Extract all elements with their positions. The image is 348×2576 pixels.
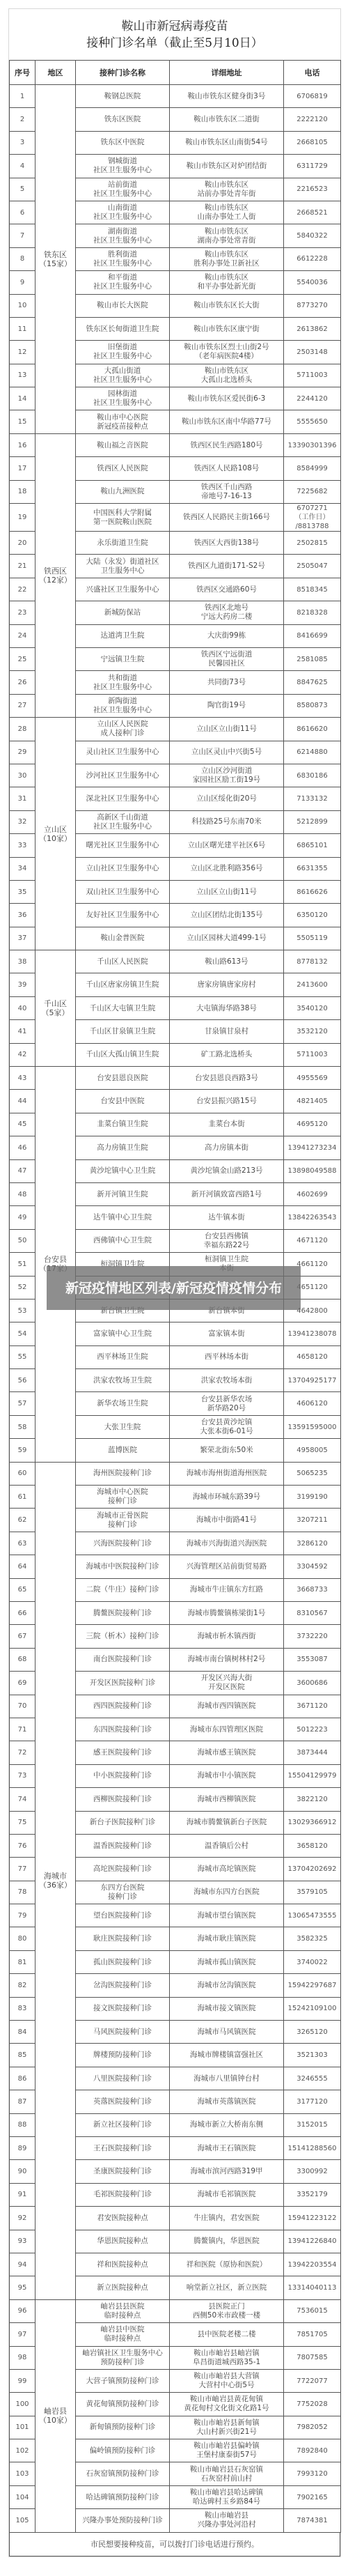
clinic-address: 立山区灵山中兴街5号: [170, 741, 284, 764]
clinic-phone: 5555650: [284, 410, 341, 433]
clinic-address: 鞍山市岫岩县新甸镇大山村新兴街21号: [170, 2416, 284, 2439]
title-line-2: 接种门诊名单（截止至5月10日）: [86, 35, 262, 52]
clinic-address: 鞍山市铁东区山南办事处工人街: [170, 201, 284, 224]
clinic-phone: 5711003: [284, 364, 341, 387]
row-number: 3: [10, 131, 35, 154]
clinic-name: 八里医院接种门诊: [76, 2067, 170, 2090]
clinic-name: 西柳医院接种门诊: [76, 1788, 170, 1811]
row-number: 36: [10, 904, 35, 927]
clinic-name: 韭菜台镇卫生院: [76, 1113, 170, 1136]
clinic-phone: 2216523: [284, 178, 341, 201]
clinic-name: 岔沟医院接种门诊: [76, 1974, 170, 1997]
clinic-name: 石灰窑镇预防接种门诊: [76, 2462, 170, 2485]
clinic-address: 西平林场本街: [170, 1345, 284, 1368]
clinic-address: 立山区立山街11号: [170, 718, 284, 741]
clinic-phone: 3732220: [284, 1625, 341, 1648]
clinic-name: 新立社区接种门诊: [76, 2113, 170, 2136]
clinic-name: 中国医科大学附属第一医院鞍山医院: [76, 504, 170, 532]
clinic-address: 海城市牌楼镇富强社区: [170, 2044, 284, 2067]
row-number: 73: [10, 1764, 35, 1787]
clinic-address: 腾鳌镇内，华恩医院: [170, 2230, 284, 2253]
clinic-phone: 13591595000: [284, 1415, 341, 1438]
clinic-name: 灵山社区卫生服务中心: [76, 741, 170, 764]
clinic-address: 韭菜台本街: [170, 1113, 284, 1136]
row-number: 61: [10, 1486, 35, 1509]
row-number: 82: [10, 1974, 35, 1997]
clinic-address: 大屯镇海华路38号: [170, 996, 284, 1019]
row-number: 48: [10, 1182, 35, 1205]
row-number: 70: [10, 1695, 35, 1718]
clinic-phone: 13029366912: [284, 1811, 341, 1834]
clinic-phone: 2502815: [284, 532, 341, 555]
region-name: 立山区: [36, 825, 74, 834]
clinic-phone: 6830186: [284, 764, 341, 787]
clinic-address: 陶官街19号: [170, 694, 284, 717]
row-number: 63: [10, 1532, 35, 1555]
clinic-name: 鞍山福之音医院: [76, 433, 170, 456]
row-number: 84: [10, 2021, 35, 2044]
clinic-address: 开发区兴海大街开发区医院: [170, 1672, 284, 1695]
row-number: 12: [10, 341, 35, 364]
row-number: 5: [10, 178, 35, 201]
row-number: 49: [10, 1206, 35, 1229]
row-number: 97: [10, 2323, 35, 2346]
row-number: 15: [10, 410, 35, 433]
row-number: 24: [10, 624, 35, 647]
clinic-address: 台安县新华农场新华路20号: [170, 1392, 284, 1415]
row-number: 78: [10, 1881, 35, 1904]
clinic-phone: 8218328: [284, 601, 341, 624]
clinic-name: 东四方台医院接种门诊: [76, 1881, 170, 1904]
clinic-name: 哈达碑镇预防接种门诊: [76, 2485, 170, 2508]
clinic-name: 沙河社区卫生服务中心: [76, 764, 170, 787]
clinic-phone: 3582325: [284, 1927, 341, 1950]
region-cell: 立山区（10家）: [35, 718, 76, 950]
clinic-phone: 15141288560: [284, 2136, 341, 2159]
clinic-phone: 6706819: [284, 85, 341, 108]
clinic-name: 千山区大孤山镇卫生院: [76, 1043, 170, 1066]
clinic-address: 海城市腾鳌镇栋梁街1号: [170, 1602, 284, 1625]
region-cell: 海城市（36家）: [35, 1462, 76, 2299]
clinic-phone: 2581085: [284, 647, 341, 670]
region-count: （5家）: [36, 1008, 74, 1017]
clinic-address: 鞍山市岫岩县岫岩镇阜昌街道城西路35-1: [170, 2346, 284, 2369]
clinic-name: 蓝博医院: [76, 1439, 170, 1462]
clinic-address: 海城市岔沟镇医院: [170, 1974, 284, 1997]
clinic-name: 接文医院接种门诊: [76, 1997, 170, 2020]
row-number: 21: [10, 555, 35, 578]
row-number: 1: [10, 85, 35, 108]
row-number: 42: [10, 1043, 35, 1066]
clinic-phone: 7902165: [284, 2485, 341, 2508]
clinic-phone: 3740022: [284, 1950, 341, 1973]
row-number: 79: [10, 1904, 35, 1927]
clinic-address: 海城市东四管理区医院: [170, 1718, 284, 1741]
clinic-name: 兴隆办事处预防接种门诊: [76, 2509, 170, 2532]
clinic-phone: 13065473555: [284, 1904, 341, 1927]
clinic-address: 台安县西佛镇幸福东路22号: [170, 1229, 284, 1252]
clinic-phone: 2505047: [284, 555, 341, 578]
row-number: 4: [10, 155, 35, 178]
region-name: 铁西区: [36, 566, 74, 576]
clinic-address: 铁西区宁远街道民馨园社区: [170, 647, 284, 670]
clinic-name: 山南街道社区卫生服务中心: [76, 201, 170, 224]
clinic-name: 开发区医院接种门诊: [76, 1672, 170, 1695]
clinic-name: 东四医院接种门诊: [76, 1718, 170, 1741]
clinic-address: 立山区园林大道499-1号: [170, 927, 284, 950]
clinic-name: 新陶街道社区卫生服务中心: [76, 694, 170, 717]
clinic-phone: 13941238078: [284, 1322, 341, 1345]
clinic-address: 鞍山市岫岩县兴隆办事处河沿村: [170, 2509, 284, 2532]
clinic-address: 鞍山市岫岩县大营镇大营村中心街5号: [170, 2369, 284, 2392]
row-number: 96: [10, 2299, 35, 2322]
table-row: 60海城市（36家）海州医院接种门诊海城市海州街道海州医院5065235: [10, 1462, 341, 1485]
clinic-name: 西四医院接种门诊: [76, 1695, 170, 1718]
row-number: 26: [10, 671, 35, 694]
clinic-phone: 3521303: [284, 2044, 341, 2067]
row-number: 27: [10, 694, 35, 717]
clinic-address: 科技路25号东南70米: [170, 810, 284, 833]
clinic-address: 高力房镇本街: [170, 1136, 284, 1159]
row-number: 51: [10, 1253, 35, 1276]
clinic-address: 唐家房镇唐家房村: [170, 973, 284, 996]
clinic-name: 黄花甸镇预防接种门诊: [76, 2393, 170, 2416]
clinic-phone: 8580873: [284, 694, 341, 717]
clinic-name: 共和街道社区卫生服务中心: [76, 671, 170, 694]
clinic-phone: 5540036: [284, 271, 341, 294]
clinic-address: 鞍山市岫岩县石灰窑镇石灰窑村前山村: [170, 2462, 284, 2485]
region-cell: 千山区（5家）: [35, 950, 76, 1067]
clinic-phone: 13704925177: [284, 1369, 341, 1392]
row-number: 58: [10, 1415, 35, 1438]
row-number: 105: [10, 2509, 35, 2532]
clinic-name: 君安医院接种点: [76, 2207, 170, 2230]
row-number: 67: [10, 1625, 35, 1648]
clinic-address: 鞍山市铁东区南中华路77号: [170, 410, 284, 433]
clinic-name: 海城市中医院接种门诊: [76, 1555, 170, 1578]
clinic-address: 海城市海州街道海州医院: [170, 1462, 284, 1485]
clinic-name: 永乐街道卫生院: [76, 532, 170, 555]
row-number: 81: [10, 1950, 35, 1973]
clinic-name: 岫岩县县医院临时接种点: [76, 2299, 170, 2322]
clinic-phone: 5840322: [284, 224, 341, 247]
clinic-name: 马风医院接种门诊: [76, 2021, 170, 2044]
row-number: 11: [10, 317, 35, 340]
clinic-address: 洪家农牧场本街: [170, 1369, 284, 1392]
row-number: 102: [10, 2439, 35, 2462]
region-cell: 铁西区（12家）: [35, 433, 76, 717]
clinic-address: 县医院正门西侧50米市政楼一楼: [170, 2299, 284, 2322]
clinic-address: 海城市东四方台医院: [170, 1881, 284, 1904]
caption-overlay: 新冠疫情地区列表/新冠疫情疫情分布: [47, 1266, 301, 1310]
row-number: 43: [10, 1067, 35, 1090]
clinic-name: 海州医院接种门诊: [76, 1462, 170, 1485]
clinic-name: 曙光社区卫生服务中心: [76, 834, 170, 857]
document-title: 鞍山市新冠病毒疫苗 接种门诊名单（截止至5月10日）: [9, 9, 340, 60]
clinic-phone: 8518345: [284, 578, 341, 601]
row-number: 50: [10, 1229, 35, 1252]
clinic-phone: 7993120: [284, 2462, 341, 2485]
row-number: 89: [10, 2136, 35, 2159]
row-number: 64: [10, 1555, 35, 1578]
clinic-name: 腾鳌医院接种门诊: [76, 1602, 170, 1625]
row-number: 85: [10, 2044, 35, 2067]
row-number: 77: [10, 1858, 35, 1881]
clinic-address: 海城市滨河西路319甲: [170, 2160, 284, 2183]
clinic-name: 大营子镇预防接种门诊: [76, 2369, 170, 2392]
clinic-phone: 13942203554: [284, 2253, 341, 2276]
clinic-name: 华恩医院接种点: [76, 2230, 170, 2253]
clinic-address: 铁西区千山西路帝地号7-16-13: [170, 480, 284, 503]
clinic-address: 台安县振兴路15号: [170, 1090, 284, 1113]
clinic-address: 海城市中小镇医院: [170, 1764, 284, 1787]
clinic-phone: 4602699: [284, 1182, 341, 1205]
clinic-name: 西佛镇中心卫生院: [76, 1229, 170, 1252]
clinic-phone: 5711003: [284, 1043, 341, 1066]
clinic-phone: 13898049588: [284, 1159, 341, 1182]
clinic-address: 海城市兴海街道兴海医院: [170, 1532, 284, 1555]
clinic-phone: 3540120: [284, 996, 341, 1019]
clinic-address: 祥和医院（原协和医院）: [170, 2253, 284, 2276]
clinic-address: 鞍山市铁东区胜利办事处卫新社区: [170, 247, 284, 270]
clinic-address: 铁西区人民路民主街166号: [170, 504, 284, 532]
clinic-phone: 15242109100: [284, 1997, 341, 2020]
clinic-name: 鞍山金普医院: [76, 927, 170, 950]
clinic-phone: 4955569: [284, 1067, 341, 1090]
clinic-name: 鞍山九洲医院: [76, 480, 170, 503]
clinic-address: 海城市中街路41号: [170, 1509, 284, 1532]
clinic-phone: 8584999: [284, 457, 341, 480]
clinic-name: 友好社区卫生服务中心: [76, 904, 170, 927]
row-number: 100: [10, 2393, 35, 2416]
row-number: 57: [10, 1392, 35, 1415]
clinic-address: 立山区北胜利路356号: [170, 857, 284, 880]
clinic-name: 王石医院接种门诊: [76, 2136, 170, 2159]
row-number: 52: [10, 1276, 35, 1299]
clinic-phone: 7851705: [284, 2323, 341, 2346]
row-number: 17: [10, 457, 35, 480]
clinic-address: 海城市王石镇医院: [170, 2136, 284, 2159]
clinic-address: 海城市西四镇医院: [170, 1695, 284, 1718]
row-number: 44: [10, 1090, 35, 1113]
clinic-name: 千山区人民医院: [76, 950, 170, 973]
row-number: 53: [10, 1299, 35, 1322]
clinic-address: 铁西区大西街138号: [170, 532, 284, 555]
clinic-name: 岫岩县中医院临时接种点: [76, 2323, 170, 2346]
clinic-name: 海城市正骨医院接种门诊: [76, 1509, 170, 1532]
clinic-address: 共同街73号: [170, 671, 284, 694]
clinic-address: 铁西区人民路108号: [170, 457, 284, 480]
clinic-address: 立山区绥化街20号: [170, 787, 284, 810]
clinic-phone: 6311729: [284, 155, 341, 178]
row-number: 60: [10, 1462, 35, 1485]
row-number: 45: [10, 1113, 35, 1136]
row-number: 32: [10, 810, 35, 833]
clinic-phone: 2668105: [284, 131, 341, 154]
clinic-name: 二院（牛庄）接种门诊: [76, 1578, 170, 1601]
clinic-name: 洪家农牧场卫生院: [76, 1369, 170, 1392]
clinic-phone: 7807585: [284, 2346, 341, 2369]
clinic-address: 鞍山市铁东区大孤山北选桥头: [170, 364, 284, 387]
clinic-address: 立山区团结北街135号: [170, 904, 284, 927]
row-number: 14: [10, 387, 35, 410]
clinic-name: 新台子医院接种门诊: [76, 1811, 170, 1834]
row-number: 90: [10, 2160, 35, 2183]
clinic-address: 鞍山市铁东区湖南办事处常青街: [170, 224, 284, 247]
clinic-phone: 3658120: [284, 1834, 341, 1857]
clinic-phone: 4958005: [284, 1439, 341, 1462]
clinic-address: 台安县黄沙坨镇大张本街6-01号: [170, 1415, 284, 1438]
clinic-name: 园林街道社区卫生服务中心: [76, 387, 170, 410]
clinic-address: 海城市孤山镇医院: [170, 1950, 284, 1973]
clinic-phone: 8310567: [284, 1602, 341, 1625]
table-row: 1铁东区（15家）鞍钢总医院鞍山市铁东区健身街3号6706819: [10, 85, 341, 108]
clinic-phone: 2244120: [284, 387, 341, 410]
clinic-phone: 3246555: [284, 2067, 341, 2090]
clinic-name: 台安县恩良医院: [76, 1067, 170, 1090]
clinic-name: 大陆（永发）街道社区卫生服务中心: [76, 555, 170, 578]
region-count: （10家）: [36, 834, 74, 843]
clinic-name: 富家镇中心卫生院: [76, 1322, 170, 1345]
clinic-address: 铁西区民生西路180号: [170, 433, 284, 456]
clinic-phone: 3532120: [284, 1020, 341, 1043]
clinic-address: 鞍山市铁东区站前办事处青年街: [170, 178, 284, 201]
region-name: 千山区: [36, 999, 74, 1008]
row-number: 38: [10, 950, 35, 973]
table-row: 43台安县（17家）台安县恩良医院台安县恩良西路3号4955569: [10, 1067, 341, 1090]
row-number: 10: [10, 294, 35, 317]
clinic-name: 温香医院接种门诊: [76, 1834, 170, 1857]
row-number: 95: [10, 2276, 35, 2299]
region-name: 岫岩县: [36, 2407, 74, 2416]
row-number: 94: [10, 2253, 35, 2276]
clinic-address: 海城市望台镇医院: [170, 1904, 284, 1927]
row-number: 23: [10, 601, 35, 624]
row-number: 75: [10, 1811, 35, 1834]
clinic-name: 西平林场卫生院: [76, 1345, 170, 1368]
clinic-address: 大庆街99栋: [170, 624, 284, 647]
clinic-phone: 2413600: [284, 973, 341, 996]
clinic-address: 海城市感王镇医院: [170, 1741, 284, 1764]
clinic-address: 立山区曙光建平社区6号: [170, 834, 284, 857]
clinic-address: 立山区沙河街道家园社区励工街19号: [170, 764, 284, 787]
clinic-phone: 4671120: [284, 1229, 341, 1252]
row-number: 46: [10, 1136, 35, 1159]
clinic-name: 站前街道社区卫生服务中心: [76, 178, 170, 201]
clinic-phone: 7536015: [284, 2299, 341, 2322]
row-number: 22: [10, 578, 35, 601]
row-number: 19: [10, 504, 35, 532]
clinic-address: 矿工路北选桥头: [170, 1043, 284, 1066]
table-header-row: 序号 地区 接种门诊名称 详细地址 电话: [10, 61, 341, 85]
clinic-address: 鞍山市铁东区康宁街: [170, 317, 284, 340]
clinic-phone: 3152015: [284, 2113, 341, 2136]
clinic-name: 新开河镇卫生院: [76, 1182, 170, 1205]
row-number: 99: [10, 2369, 35, 2392]
clinic-address: 海城市高坨镇医院: [170, 1858, 284, 1881]
clinic-phone: 15942297687: [284, 1974, 341, 1997]
clinic-name: 千山区唐家房镇卫生院: [76, 973, 170, 996]
clinic-name: 南台医院接种门诊: [76, 1648, 170, 1671]
clinic-address: 鞍山市岫岩县哈达碑镇哈达碑村玉乡路84号: [170, 2485, 284, 2508]
clinic-name: 鞍山市长大医院: [76, 294, 170, 317]
row-number: 41: [10, 1020, 35, 1043]
row-number: 86: [10, 2067, 35, 2090]
clinic-address: 铁西区九道街171-S2号: [170, 555, 284, 578]
clinic-address: 海城市接文镇医院: [170, 1997, 284, 2020]
clinic-address: 海城市英落镇医院: [170, 2090, 284, 2113]
footer-note: 市民想要接种疫苗，可以拨打门诊电话进行预约。: [9, 2533, 340, 2556]
clinic-name: 感王医院接种门诊: [76, 1741, 170, 1764]
row-number: 34: [10, 857, 35, 880]
clinic-address: 鞍山市铁东区和平办事处新光街: [170, 271, 284, 294]
clinic-phone: 6865101: [284, 834, 341, 857]
row-number: 20: [10, 532, 35, 555]
clinic-phone: 7892840: [284, 2439, 341, 2462]
clinic-phone: 6631355: [284, 857, 341, 880]
row-number: 30: [10, 764, 35, 787]
clinic-phone: 3177120: [284, 2090, 341, 2113]
clinic-name: 达牛镇中心卫生院: [76, 1206, 170, 1229]
row-number: 68: [10, 1648, 35, 1671]
clinic-address: 海城市析木镇西街: [170, 1625, 284, 1648]
clinic-address: 鞍山市岫岩县黄花甸镇黄花甸村文化街文化路1号: [170, 2393, 284, 2416]
clinic-name: 铁西区人民医院: [76, 457, 170, 480]
header-clinic-name: 接种门诊名称: [76, 61, 170, 85]
clinic-phone: 8616626: [284, 880, 341, 903]
table-row: 96岫岩县（10家）岫岩县县医院临时接种点县医院正门西侧50米市政楼一楼7536…: [10, 2299, 341, 2322]
clinic-phone: 5212899: [284, 810, 341, 833]
clinic-phone: 4658120: [284, 1345, 341, 1368]
clinic-phone: 5012223: [284, 1718, 341, 1741]
row-number: 74: [10, 1788, 35, 1811]
clinic-name: 新华农场卫生院: [76, 1392, 170, 1415]
clinic-phone: 2503148: [284, 341, 341, 364]
clinic-name: 宁远镇卫生院: [76, 647, 170, 670]
clinic-phone: 3207211: [284, 1509, 341, 1532]
clinic-name: 台安县中医院: [76, 1090, 170, 1113]
clinic-phone: 2668521: [284, 201, 341, 224]
clinic-name: 千山区大屯镇卫生院: [76, 996, 170, 1019]
clinic-name: 英落医院接种门诊: [76, 2090, 170, 2113]
clinic-name: 立山区人民医院成人接种门诊: [76, 718, 170, 741]
clinic-name: 黄沙坨镇中心卫生院: [76, 1159, 170, 1182]
clinic-phone: 7722077: [284, 2369, 341, 2392]
clinic-phone: 3822120: [284, 1788, 341, 1811]
clinic-phone: 7752028: [284, 2393, 341, 2416]
clinic-address: 海城市西柳镇医院: [170, 1788, 284, 1811]
clinic-address: 鞍山市铁东区健身街3号: [170, 85, 284, 108]
clinic-phone: 6707271（工作日）/8813788: [284, 504, 341, 532]
table-row: 38千山区（5家）千山区人民医院鞍山路613号8778132: [10, 950, 341, 973]
clinic-name: 望台医院接种门诊: [76, 1904, 170, 1927]
clinic-phone: 7225682: [284, 480, 341, 503]
clinic-phone: 2222120: [284, 108, 341, 131]
clinic-name: 岫岩镇社区卫生服务中心预防接种门诊: [76, 2346, 170, 2369]
clinic-name: 千山区甘泉镇卫生院: [76, 1020, 170, 1043]
row-number: 62: [10, 1509, 35, 1532]
clinic-phone: 3265120: [284, 2021, 341, 2044]
clinic-phone: 7982052: [284, 2416, 341, 2439]
clinic-name: 兴盛社区卫生服务中心: [76, 578, 170, 601]
row-number: 29: [10, 741, 35, 764]
row-number: 65: [10, 1578, 35, 1601]
clinic-address: 铁西区交通路60号: [170, 578, 284, 601]
clinic-name: 铁东区医院: [76, 108, 170, 131]
clinic-name: 铁东区中医院: [76, 131, 170, 154]
header-region: 地区: [35, 61, 76, 85]
header-address: 详细地址: [170, 61, 284, 85]
